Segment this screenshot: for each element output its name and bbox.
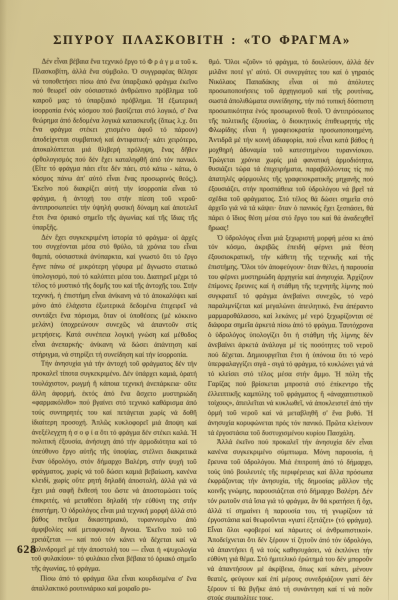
text-columns: Δέν εἶναι βέβαια ἕνα τεχνικό ἔργο τό Φ ρ… <box>31 58 373 600</box>
paragraph: Πίσω ἀπό τό φράγμα ὅλα εἶναι κουρδισμένα… <box>31 574 196 594</box>
article-title: ΣΠΥΡΟΥ ΠΛΑΣΚΟΒΙΤΗ : «ΤΟ ΦΡΑΓΜΑ» <box>32 33 372 48</box>
paragraph: Ὁ ὑδρολόγος εἶναι μιά ξεχωριστή μορφή μέ… <box>208 234 374 439</box>
paragraph: Δέν εἶναι βέβαια ἕνα τεχνικό ἔργο τό Φ ρ… <box>32 58 197 234</box>
paragraph: Δέν ἔχει συγκεκριμένη ἱστορία τό φράγμα·… <box>32 233 197 360</box>
paragraph: Τήν ἀνησυχία γιά τήν ἀντοχή τοῦ φράγματο… <box>31 360 197 575</box>
left-column: Δέν εἶναι βέβαια ἕνα τεχνικό ἔργο τό Φ ρ… <box>31 58 197 600</box>
left-edge-shadow <box>0 0 7 600</box>
paragraph-continuation: θμό. Ὅλοι «ζοῦν» τό φράγμα, τό δουλεύουν… <box>208 58 373 234</box>
page-edge-line <box>388 0 389 600</box>
right-column: θμό. Ὅλοι «ζοῦν» τό φράγμα, τό δουλεύουν… <box>207 58 373 600</box>
paragraph: Ἀλλά ἐκεῖνο πού προκαλεῖ τήν ἀνησυχία δέ… <box>207 438 372 600</box>
page-number: 628 <box>17 544 37 556</box>
scanned-page: ΣΠΥΡΟΥ ΠΛΑΣΚΟΒΙΤΗ : «ΤΟ ΦΡΑΓΜΑ» Δέν εἶνα… <box>0 0 398 600</box>
